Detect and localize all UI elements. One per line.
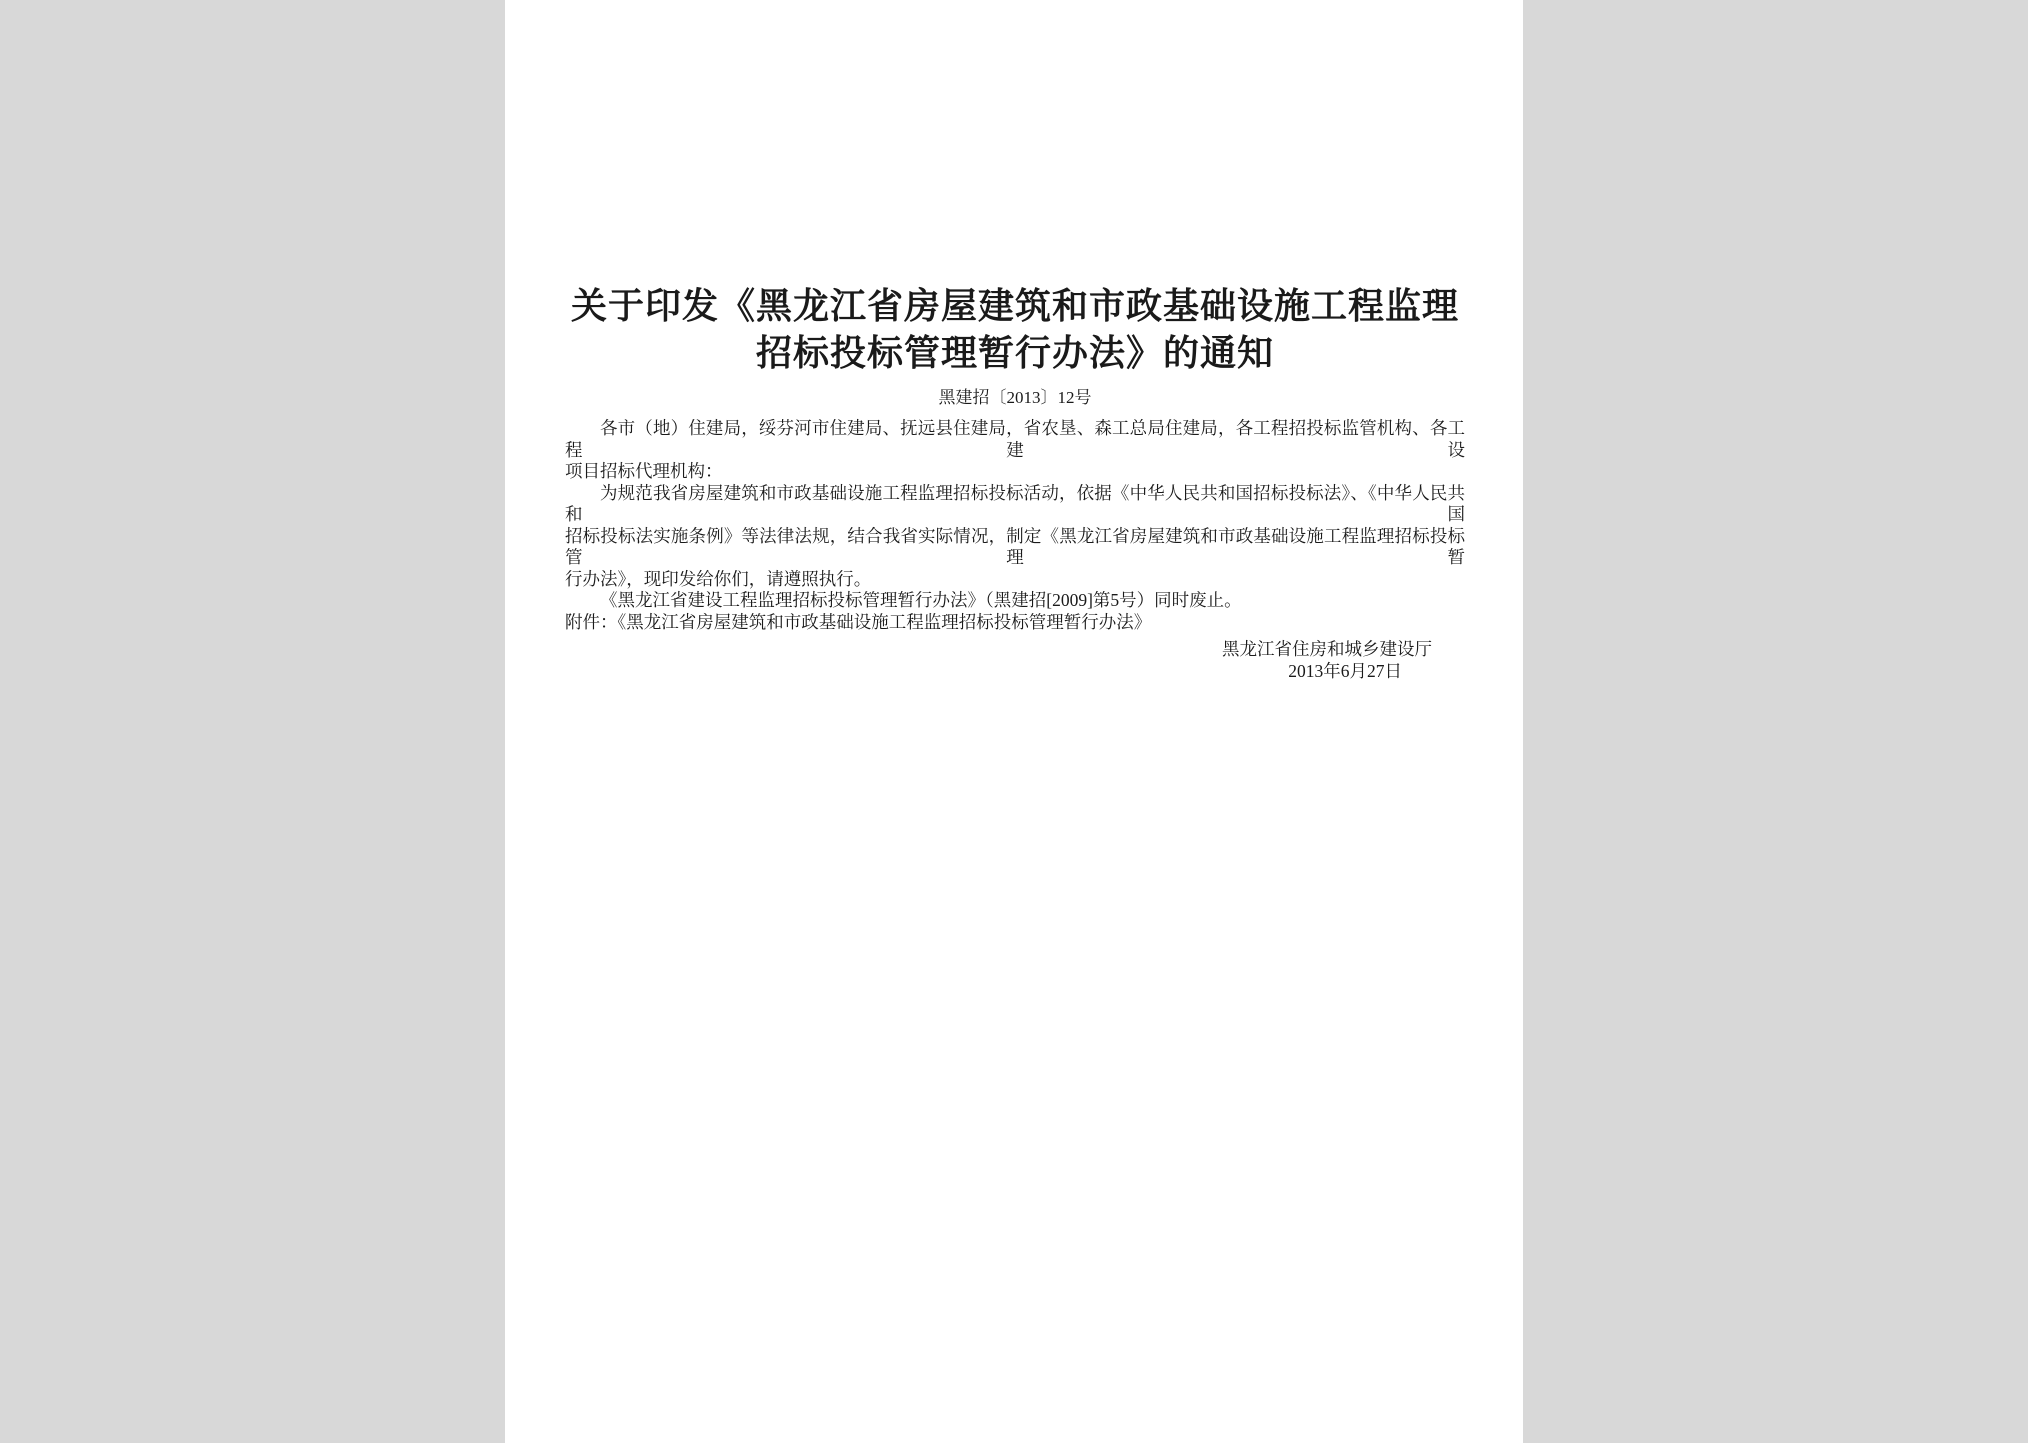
document-body: 各市（地）住建局，绥芬河市住建局、抚远县住建局，省农垦、森工总局住建局，各工程招… (565, 418, 1465, 633)
document-title-line2: 招标投标管理暂行办法》的通知 (565, 330, 1465, 377)
paragraph-1-line-1: 各市（地）住建局，绥芬河市住建局、抚远县住建局，省农垦、森工总局住建局，各工程招… (565, 418, 1465, 461)
document-title-line1: 关于印发《黑龙江省房屋建筑和市政基础设施工程监理 (565, 283, 1465, 330)
document-title: 关于印发《黑龙江省房屋建筑和市政基础设施工程监理 招标投标管理暂行办法》的通知 (565, 283, 1465, 377)
document-number: 黑建招〔2013〕12号 (565, 388, 1465, 408)
paragraph-1-line-2: 项目招标代理机构： (565, 461, 1465, 483)
attachment-line: 附件：《黑龙江省房屋建筑和市政基础设施工程监理招标投标管理暂行办法》 (565, 612, 1465, 634)
signature-date: 2013年6月27日 (565, 661, 1465, 683)
paragraph-2-line-2: 招标投标法实施条例》等法律法规，结合我省实际情况，制定《黑龙江省房屋建筑和市政基… (565, 526, 1465, 569)
paragraph-2-line-1: 为规范我省房屋建筑和市政基础设施工程监理招标投标活动，依据《中华人民共和国招标投… (565, 483, 1465, 526)
paragraph-3: 《黑龙江省建设工程监理招标投标管理暂行办法》（黑建招[2009]第5号）同时废止… (565, 590, 1465, 612)
document-page: 关于印发《黑龙江省房屋建筑和市政基础设施工程监理 招标投标管理暂行办法》的通知 … (505, 0, 1523, 1443)
signature-block: 黑龙江省住房和城乡建设厅 2013年6月27日 (565, 639, 1465, 682)
paragraph-2-line-3: 行办法》，现印发给你们，请遵照执行。 (565, 569, 1465, 591)
signature-department: 黑龙江省住房和城乡建设厅 (565, 639, 1465, 661)
